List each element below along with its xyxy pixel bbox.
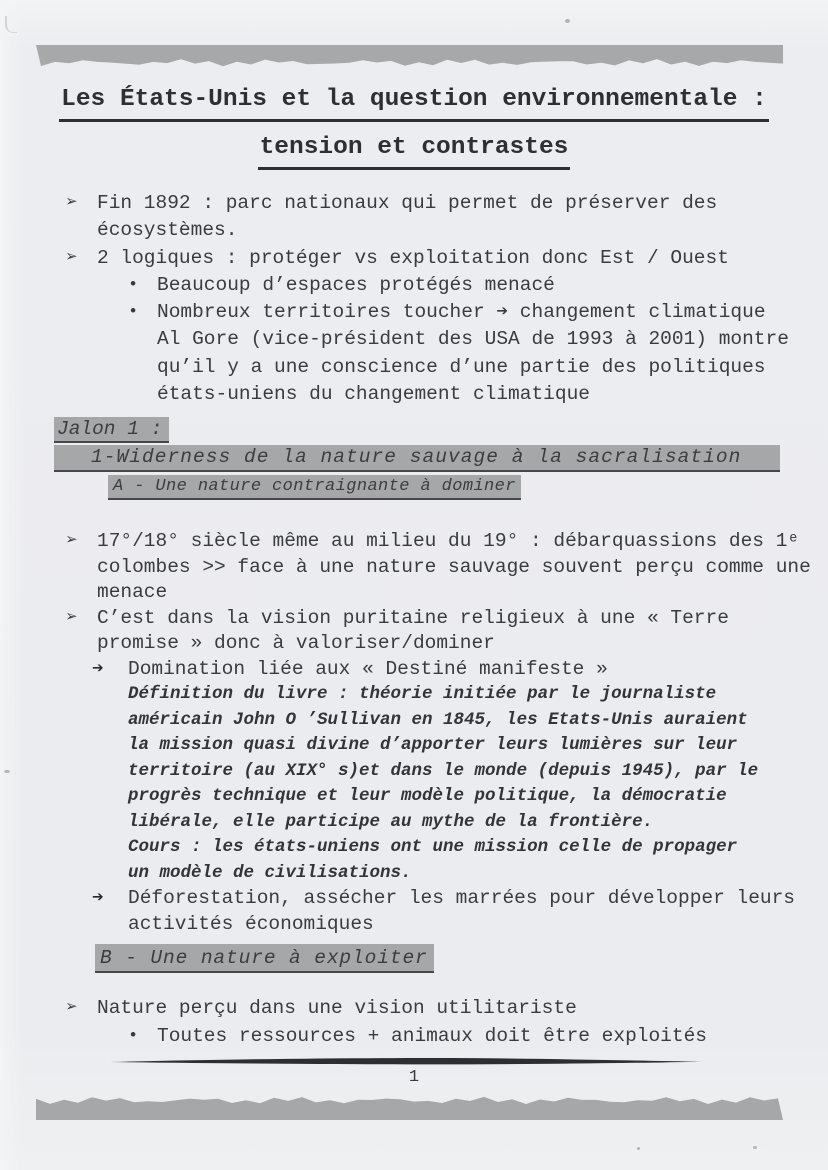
- page-number: 1: [0, 1068, 828, 1087]
- list-item-text: 17°/18° siècle même au milieu du 19° : d…: [97, 529, 811, 606]
- list-item: ➢ Fin 1892 : parc nationaux qui permet d…: [66, 190, 828, 245]
- heavy-arrow-icon: ➔: [92, 886, 128, 937]
- jalon-heading: Jalon 1 :: [54, 417, 169, 443]
- scan-artifact-band-top-shape: [36, 45, 783, 66]
- list-item-text: 2 logiques : protéger vs exploitation do…: [97, 245, 729, 272]
- arrow-note-text: Déforestation, assécher les marrées pour…: [128, 886, 795, 937]
- arrow-note-text: Domination liée aux « Destiné manifeste …: [128, 657, 608, 683]
- arrowhead-bullet-icon: ➢: [66, 245, 97, 272]
- part1-heading: 1-Widerness de la nature sauvage à la sa…: [54, 445, 780, 472]
- scan-artifact-band-top: [36, 45, 783, 68]
- scan-speck: [565, 19, 570, 23]
- arrowhead-bullet-icon: ➢: [66, 190, 97, 245]
- list-item: • Toutes ressources + animaux doit être …: [128, 1023, 828, 1051]
- cours-paragraph: Cours : les états-uniens ont une mission…: [128, 835, 828, 886]
- subsection-a-heading: A - Une nature contraignante à dominer: [108, 475, 521, 500]
- list-item: • Beaucoup d’espaces protégés menacé: [128, 272, 828, 299]
- dot-bullet-icon: •: [128, 272, 157, 299]
- heavy-arrow-icon: ➔: [92, 657, 128, 683]
- scan-speck: [753, 1146, 757, 1149]
- list-item-text: C’est dans la vision puritaine religieux…: [97, 606, 729, 657]
- scanned-notes-page: Les États-Unis et la question environnem…: [0, 0, 828, 1170]
- document-title-line2: tension et contrastes: [258, 132, 571, 170]
- subsection-b-heading: B - Une nature à exploiter: [95, 944, 434, 973]
- arrow-note: ➔ Domination liée aux « Destiné manifest…: [92, 657, 828, 683]
- list-item: ➢ 17°/18° siècle même au milieu du 19° :…: [66, 529, 828, 606]
- list-item-text: Nature perçu dans une vision utilitarist…: [97, 995, 577, 1023]
- section-a-content: ➢ 17°/18° siècle même au milieu du 19° :…: [0, 529, 828, 937]
- list-item-text: Nombreux territoires toucher ➔ changemen…: [157, 299, 789, 408]
- scan-speck: [637, 1147, 640, 1150]
- dot-bullet-icon: •: [128, 1023, 157, 1051]
- scan-artifact-band-bottom: [36, 1096, 783, 1120]
- dot-bullet-icon: •: [128, 299, 157, 408]
- jalon-heading-block: Jalon 1 : 1-Widerness de la nature sauva…: [54, 417, 780, 500]
- list-item: ➢ 2 logiques : protéger vs exploitation …: [66, 245, 828, 272]
- scan-artifact-band-bottom-shape: [36, 1097, 783, 1120]
- paper-crease-mark: [5, 16, 17, 33]
- arrow-note: ➔ Déforestation, assécher les marrées po…: [92, 886, 828, 937]
- definition-paragraph: Définition du livre : théorie initiée pa…: [128, 682, 828, 835]
- section-b-content: ➢ Nature perçu dans une vision utilitari…: [0, 995, 828, 1050]
- list-item-text: Toutes ressources + animaux doit être ex…: [157, 1023, 707, 1051]
- list-item: ➢ C’est dans la vision puritaine religie…: [66, 606, 828, 657]
- list-item-text: Fin 1892 : parc nationaux qui permet de …: [97, 190, 717, 245]
- arrowhead-bullet-icon: ➢: [66, 529, 97, 606]
- list-item-text: Beaucoup d’espaces protégés menacé: [157, 272, 555, 299]
- list-item: ➢ Nature perçu dans une vision utilitari…: [66, 995, 828, 1023]
- arrowhead-bullet-icon: ➢: [66, 995, 97, 1023]
- document-title-line1: Les États-Unis et la question environnem…: [59, 84, 769, 122]
- footer-rule: [110, 1057, 702, 1067]
- arrowhead-bullet-icon: ➢: [66, 606, 97, 657]
- intro-section: ➢ Fin 1892 : parc nationaux qui permet d…: [0, 190, 828, 408]
- list-item: • Nombreux territoires toucher ➔ changem…: [128, 299, 828, 408]
- document-title: Les États-Unis et la question environnem…: [0, 84, 828, 180]
